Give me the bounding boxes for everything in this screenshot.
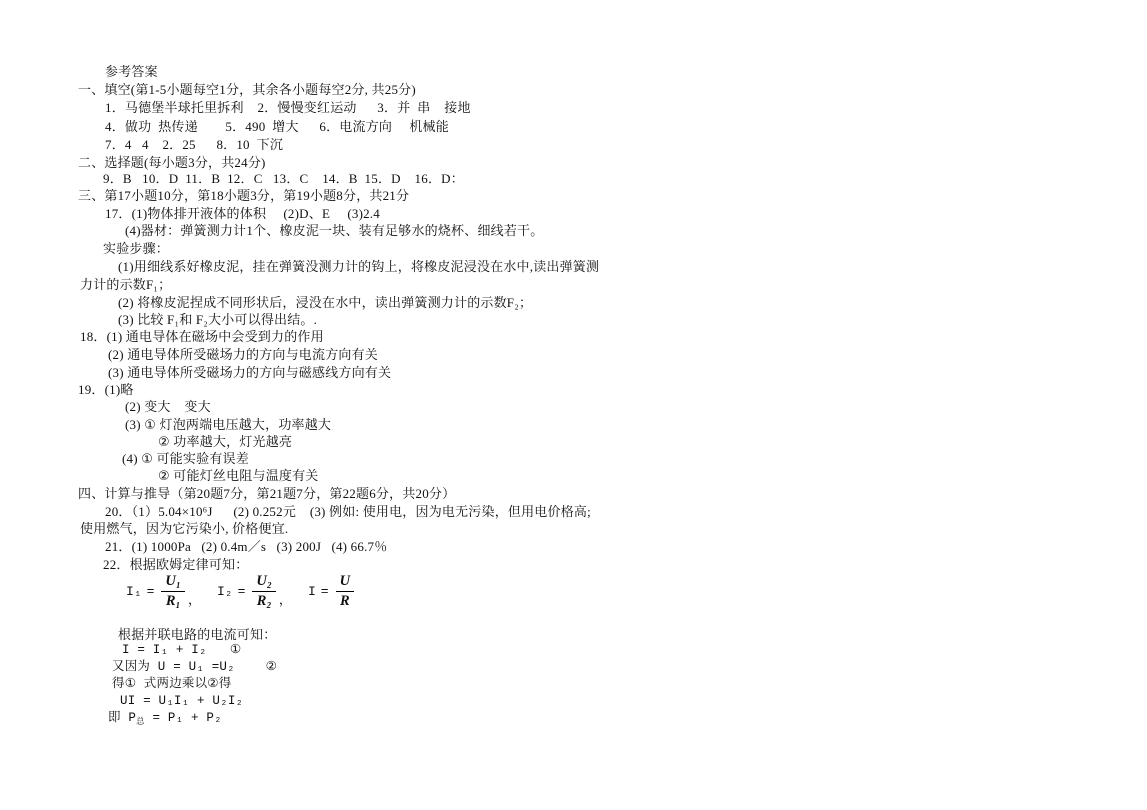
fraction-u2-r2: U₂ R₂	[252, 573, 276, 610]
answers-q1-q3: 1．马德堡半球托里拆利 2．慢慢变红运动 3．并 串 接地	[105, 100, 471, 115]
answer-q18-part-1: 18．(1) 通电导体在磁场中会受到力的作用	[80, 329, 324, 344]
parallel-circuit-heading: 根据并联电路的电流可知：	[118, 627, 276, 642]
fraction-denominator: R₂	[257, 592, 272, 610]
fraction-numerator: U	[336, 573, 354, 592]
experiment-step-2: (2) 将橡皮泥捏成不同形状后，浸没在水中，读出弹簧测力计的示数F₂；	[118, 295, 532, 310]
answer-q17-parts-1-3: 17．(1)物体排开液体的体积 (2)D、E (3)2.4	[105, 206, 380, 221]
answer-q19-part-3-item-2: ② 功率越大，灯光越亮	[158, 434, 292, 449]
experiment-step-1-line-2: 力计的示数F₁；	[80, 277, 171, 292]
equation-text-post: = P₁ + P₂	[145, 711, 222, 725]
answers-q7-q8: 7．4 4 2．25 8．10 下沉	[105, 137, 283, 152]
page-title: 参考答案	[105, 64, 158, 79]
ohm-lhs-i2: I₂	[217, 584, 233, 599]
equation-text-pre: 即 P	[108, 711, 136, 725]
answer-q19-part-1: 19．(1)略	[78, 382, 134, 397]
equals-sign: =	[321, 584, 329, 599]
answer-q17-part-4: (4)器材：弹簧测力计1个、橡皮泥一块、装有足够水的烧杯、细线若干。	[125, 223, 543, 238]
derivation-step-text: 得① 式两边乘以②得	[112, 677, 231, 692]
answer-q20-line-2: 使用燃气，因为它污染小, 价格便宜.	[80, 521, 288, 536]
answers-q9-q16: 9．B 10．D 11．B 12．C 13．C 14．B 15．D 16．D：	[103, 171, 464, 186]
section-4-heading: 四、计算与推导（第20题7分，第21题7分，第22题6分，共20分）	[78, 486, 455, 501]
total-power-equation: 即 P总 = P₁ + P₂	[108, 711, 222, 730]
fraction-denominator: R₁	[166, 592, 181, 610]
fraction-u1-r1: U₁ R₁	[161, 573, 185, 610]
answer-q19-part-2: (2) 变大 变大	[125, 399, 211, 414]
answer-q21: 21．(1) 1000Pa (2) 0.4m／s (3) 200J (4) 66…	[105, 539, 387, 554]
power-product-equation: UI = U₁I₁ + U₂I₂	[120, 694, 243, 709]
answer-q18-part-2: (2) 通电导体所受磁场力的方向与电流方向有关	[108, 347, 378, 362]
section-1-heading: 一、填空(第1-5小题每空1分，其余各小题每空2分, 共25分)	[78, 82, 416, 97]
equals-sign: =	[147, 584, 155, 599]
fraction-denominator: R	[340, 592, 350, 610]
ohms-law-formula-row: I₁ = U₁ R₁ ， I₂ = U₂ R₂ ， I = U R	[126, 573, 356, 610]
ohm-lhs-i1: I₁	[126, 584, 142, 599]
comma-separator: ，	[188, 589, 201, 608]
answer-q20-line-1: 20．（1）5.04×10⁶J (2) 0.252元 (3) 例如: 使用电，因…	[105, 504, 591, 519]
subscript-total: 总	[136, 717, 145, 727]
voltage-equal-equation: 又因为 U = U₁ =U₂ ②	[112, 660, 277, 675]
experiment-steps-heading: 实验步骤：	[103, 241, 169, 256]
answer-q19-part-3-item-1: (3) ① 灯泡两端电压越大，功率越大	[125, 417, 331, 432]
answer-q18-part-3: (3) 通电导体所受磁场力的方向与磁感线方向有关	[108, 365, 391, 380]
experiment-step-1-line-1: (1)用细线系好橡皮泥，挂在弹簧没测力计的钩上，将橡皮泥浸没在水中,读出弹簧测	[118, 259, 599, 274]
fraction-numerator: U₂	[252, 573, 276, 592]
fraction-u-r: U R	[336, 573, 354, 610]
answer-q19-part-4-item-1: (4) ① 可能实验有误差	[122, 451, 249, 466]
experiment-step-3: (3) 比较 F₁和 F₂大小可以得出结。.	[118, 312, 317, 327]
answers-q4-q6: 4．做功 热传递 5．490 增大 6．电流方向 机械能	[105, 119, 449, 134]
fraction-numerator: U₁	[161, 573, 185, 592]
ohm-lhs-i: I	[308, 584, 316, 599]
answer-q22-heading: 22．根据欧姆定律可知：	[103, 557, 248, 572]
section-3-heading: 三、第17小题10分，第18小题3分，第19小题8分，共21分	[78, 188, 409, 203]
section-2-heading: 二、选择题(每小题3分，共24分)	[78, 155, 266, 170]
comma-separator: ，	[279, 589, 292, 608]
answer-sheet-page: 参考答案 一、填空(第1-5小题每空1分，其余各小题每空2分, 共25分) 1．…	[0, 0, 1147, 810]
answer-q19-part-4-item-2: ② 可能灯丝电阻与温度有关	[158, 468, 319, 483]
equals-sign: =	[238, 584, 246, 599]
current-sum-equation: I = I₁ + I₂ ①	[122, 643, 241, 658]
